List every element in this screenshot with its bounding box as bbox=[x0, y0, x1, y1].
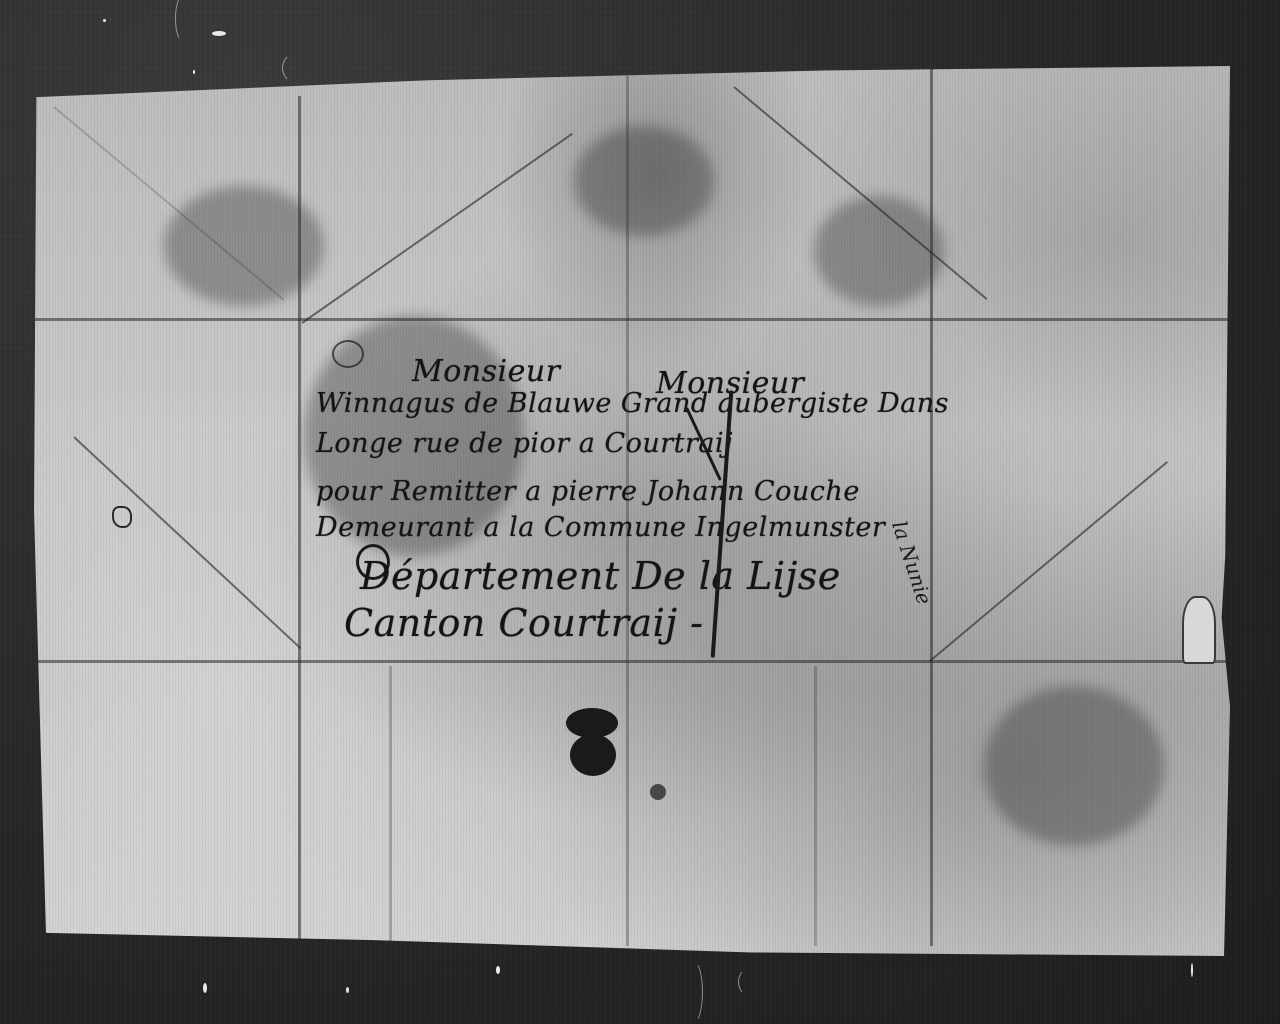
salutation-left: Monsieur bbox=[412, 354, 561, 389]
seal-fragment bbox=[112, 506, 132, 528]
letter-sheet: Monsieur Monsieur Winnagus de Blauwe Gra… bbox=[34, 66, 1230, 956]
address-line-3: pour Remitter a pierre Johann Couche bbox=[316, 476, 860, 507]
hair-fiber bbox=[683, 960, 703, 1024]
scan-background: Monsieur Monsieur Winnagus de Blauwe Gra… bbox=[0, 0, 1280, 1024]
address-line-2: Longe rue de pior a Courtraij bbox=[316, 428, 733, 459]
fold-line bbox=[298, 96, 301, 946]
torn-edge bbox=[1182, 596, 1216, 664]
fold-line bbox=[626, 76, 629, 946]
dust-speck bbox=[1191, 963, 1193, 977]
dust-speck bbox=[346, 987, 349, 993]
address-line-4: Demeurant a la Commune Ingelmunster bbox=[316, 512, 885, 543]
hair-fiber bbox=[282, 52, 314, 84]
fold-line bbox=[34, 660, 1230, 663]
fold-line bbox=[930, 66, 933, 946]
ink-stain bbox=[570, 734, 616, 776]
dust-speck bbox=[103, 19, 106, 22]
dust-speck bbox=[212, 31, 226, 36]
address-line-5: Département De la Lijse bbox=[360, 554, 841, 598]
dust-speck bbox=[496, 966, 500, 974]
fold-line bbox=[34, 318, 1230, 321]
grime-smudge bbox=[984, 686, 1164, 846]
grime-smudge bbox=[574, 126, 714, 236]
hair-fiber bbox=[738, 968, 760, 996]
address-line-1: Winnagus de Blauwe Grand aubergiste Dans bbox=[316, 388, 949, 419]
grime-smudge bbox=[814, 196, 944, 306]
ink-stain bbox=[650, 784, 666, 800]
dust-speck bbox=[203, 983, 207, 993]
fold-line bbox=[389, 666, 392, 946]
address-line-6: Canton Courtraij - bbox=[344, 601, 703, 645]
dust-speck bbox=[193, 70, 195, 74]
flourish-mark bbox=[332, 340, 364, 368]
fold-line bbox=[814, 666, 817, 946]
